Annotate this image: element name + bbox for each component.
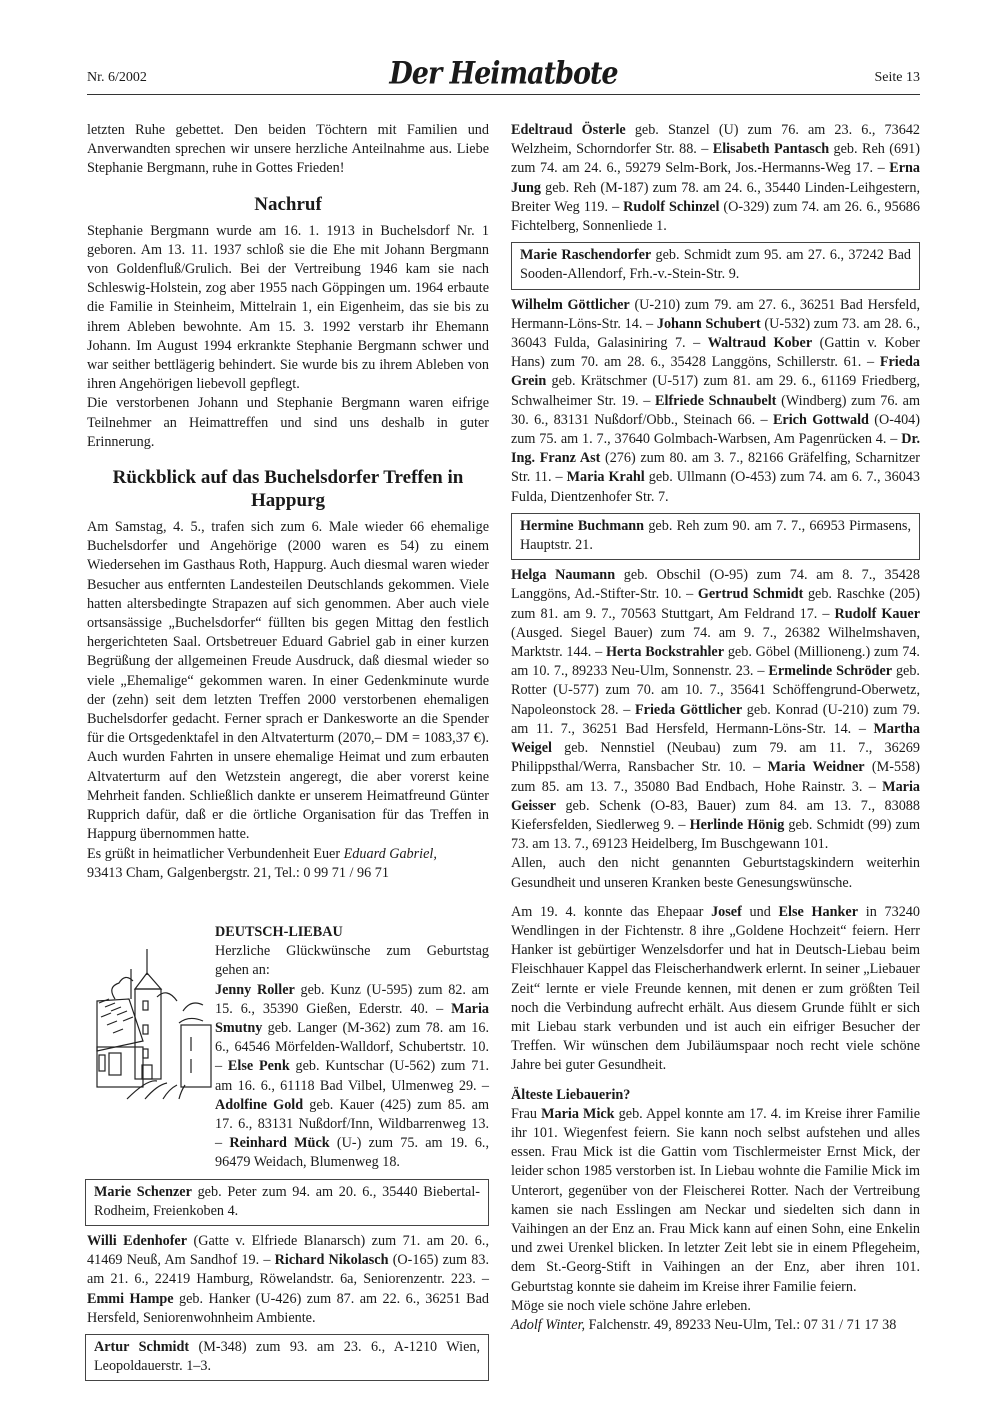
nachruf-heading: Nachruf — [87, 193, 489, 216]
rueckblick-paragraph: Am Samstag, 4. 5., trafen sich zum 6. Ma… — [87, 518, 489, 844]
right-column: Edeltraud Österle geb. Stanzel (U) zum 7… — [511, 121, 920, 1335]
birthday-intro: Herzliche Glückwünsche zum Geburtstag ge… — [215, 942, 489, 980]
aelteste-heading: Älteste Liebauerin? — [511, 1086, 920, 1105]
aelteste-wish: Möge sie noch viele schöne Jahre erleben… — [511, 1297, 920, 1316]
wishes-paragraph: Allen, auch den nicht genannten Geburtst… — [511, 854, 920, 892]
golden-wedding-paragraph: Am 19. 4. konnte das Ehepaar Josef und E… — [511, 903, 920, 1076]
masthead-logo: Der Heimatbote — [87, 56, 920, 92]
intro-paragraph: letzten Ruhe gebettet. Den beiden Töchte… — [87, 121, 489, 179]
highlight-box-raschendorfer: Marie Raschendorfer geb. Schmidt zum 95.… — [511, 242, 920, 289]
header-rule — [87, 94, 920, 95]
author-name: Eduard Gabriel, — [344, 846, 437, 862]
rueckblick-heading: Rückblick auf das Buchelsdorfer Treffen … — [87, 466, 489, 512]
birthday-list-2: Willi Edenhofer (Gatte v. Elfriede Blana… — [87, 1232, 489, 1328]
highlight-box-artur-schmidt: Artur Schmidt (M-348) zum 93. am 23. 6.,… — [85, 1334, 489, 1381]
highlight-box-buchmann: Hermine Buchmann geb. Reh zum 90. am 7. … — [511, 513, 920, 560]
birthday-list-1: Jenny Roller geb. Kunz (U-595) zum 82. a… — [215, 981, 489, 1173]
highlight-box-schenzer: Marie Schenzer geb. Peter zum 94. am 20.… — [85, 1179, 489, 1226]
author-address: 93413 Cham, Galgenbergstr. 21, Tel.: 0 9… — [87, 864, 489, 883]
page-header: Nr. 6/2002 Der Heimatbote Seite 13 — [87, 58, 920, 94]
left-column: letzten Ruhe gebettet. Den beiden Töchte… — [87, 121, 489, 1387]
birthday-list-4: Wilhelm Göttlicher (U-210) zum 79. am 27… — [511, 296, 920, 507]
nachruf-paragraph-2: Die verstorbenen Johann und Stephanie Be… — [87, 394, 489, 452]
signature: Adolf Winter, Falchenstr. 49, 89233 Neu-… — [511, 1316, 920, 1335]
nachruf-paragraph-1: Stephanie Bergmann wurde am 16. 1. 1913 … — [87, 222, 489, 395]
birthday-list-5: Helga Naumann geb. Obschil (O-95) zum 74… — [511, 566, 920, 854]
deutsch-liebau-section: DEUTSCH-LIEBAU Herzliche Glückwünsche zu… — [87, 923, 489, 1173]
page-number: Seite 13 — [875, 70, 921, 86]
deutsch-liebau-heading: DEUTSCH-LIEBAU — [215, 923, 489, 942]
church-illustration-icon — [87, 941, 215, 1101]
birthday-list-3: Edeltraud Österle geb. Stanzel (U) zum 7… — [511, 121, 920, 236]
rueckblick-closing: Es grüßt in heimatlicher Verbundenheit E… — [87, 845, 489, 883]
aelteste-paragraph: Frau Maria Mick geb. Appel konnte am 17.… — [511, 1105, 920, 1297]
